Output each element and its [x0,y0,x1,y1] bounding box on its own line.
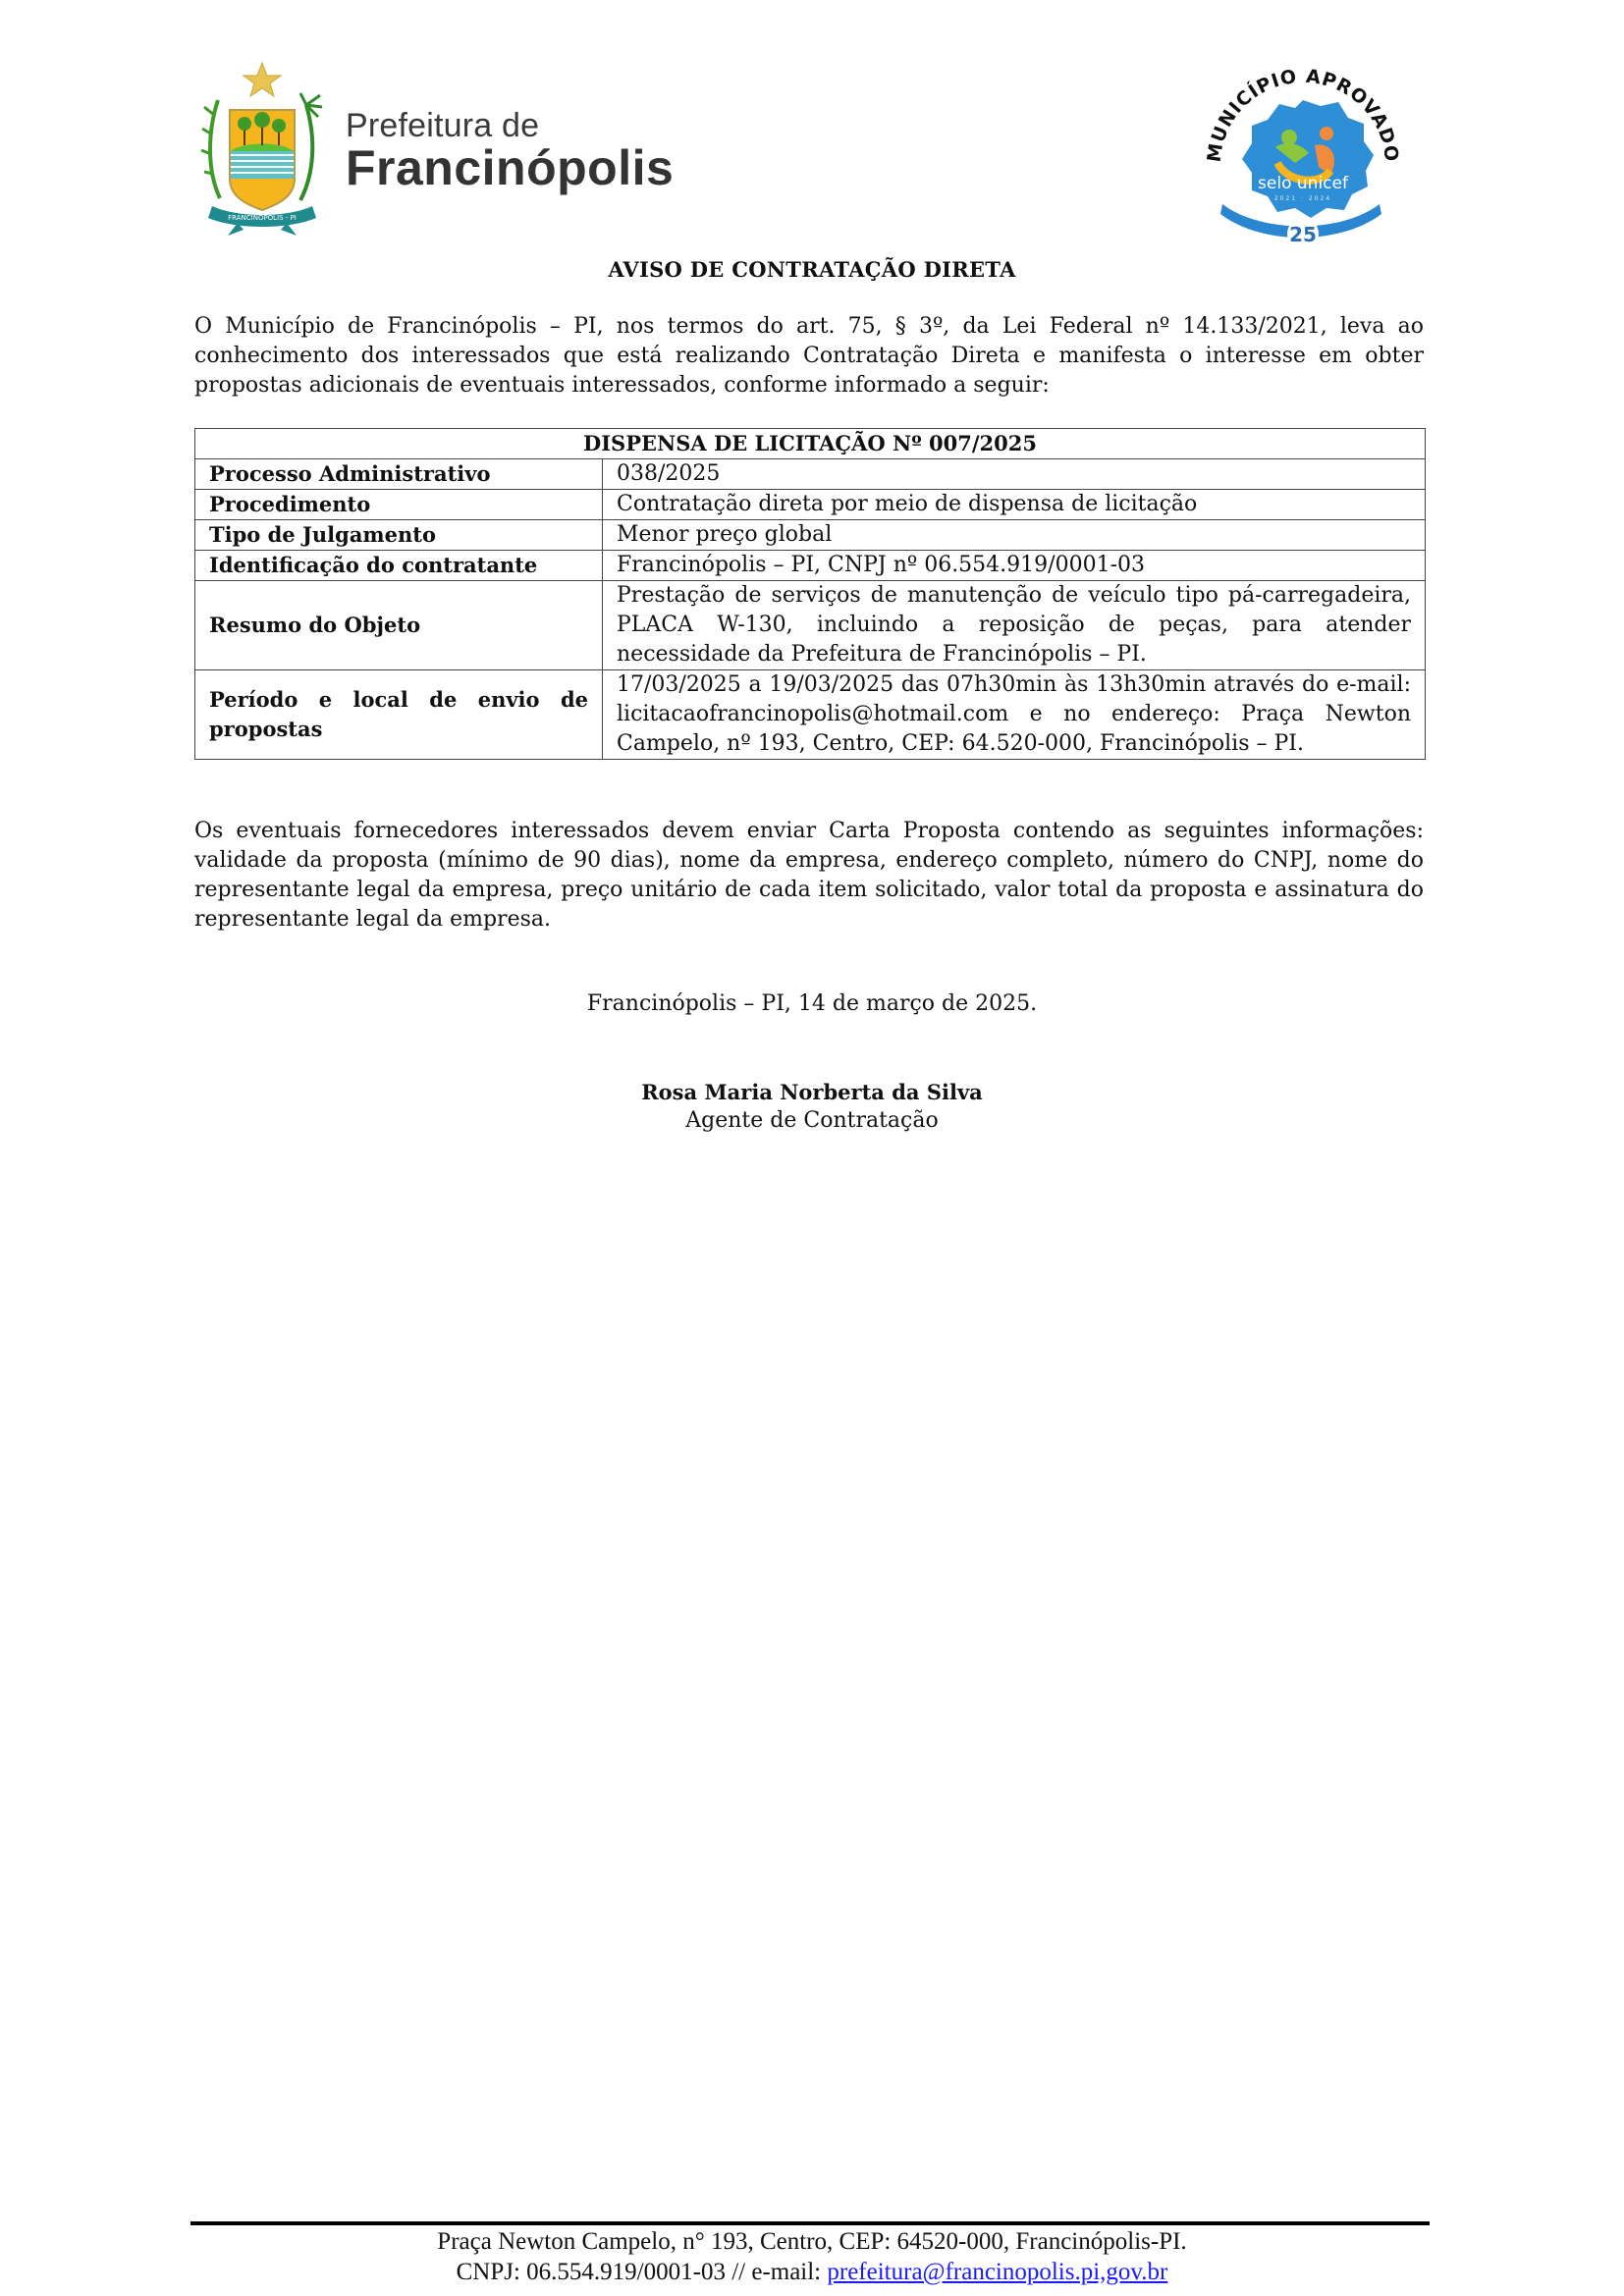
table-row: Processo Administrativo 038/2025 [195,459,1426,490]
row-label: Período e local de envio de propostas [195,670,603,760]
svg-text:FRANCINÓPOLIS - PI: FRANCINÓPOLIS - PI [228,213,297,222]
row-label: Resumo do Objeto [195,581,603,670]
dispensa-details-table: DISPENSA DE LICITAÇÃO Nº 007/2025 Proces… [194,428,1426,760]
table-heading: DISPENSA DE LICITAÇÃO Nº 007/2025 [195,429,1426,459]
row-label: Procedimento [195,490,603,520]
coat-of-arms-icon: FRANCINÓPOLIS - PI [198,61,326,238]
unicef-seal-icon: MUNICÍPIO APROVADO selo unicef 2021 · 20… [1193,69,1409,250]
table-row: Resumo do Objeto Prestação de serviços d… [195,581,1426,670]
brand-city-name: Francinópolis [346,143,674,192]
footer-divider [190,2221,1430,2225]
row-value: 17/03/2025 a 19/03/2025 das 07h30min às … [603,670,1426,760]
footer-email-link[interactable]: prefeitura@francinopolis.pi,gov.br [827,2259,1167,2285]
table-row: Procedimento Contratação direta por meio… [195,490,1426,520]
table-row: Identificação do contratante Francinópol… [195,551,1426,581]
brand-wordmark: Prefeitura de Francinópolis [346,108,674,192]
signer-name: Rosa Maria Norberta da Silva [0,1080,1624,1104]
signer-role: Agente de Contratação [0,1108,1624,1133]
row-value: Menor preço global [603,520,1426,551]
row-value: 038/2025 [603,459,1426,490]
svg-text:selo unicef: selo unicef [1258,174,1349,193]
row-label: Tipo de Julgamento [195,520,603,551]
row-label: Processo Administrativo [195,459,603,490]
footer-contact: CNPJ: 06.554.919/0001-03 // e-mail: pref… [0,2257,1624,2287]
svg-text:25: 25 [1289,223,1317,246]
table-row: Período e local de envio de propostas 17… [195,670,1426,760]
intro-paragraph: O Município de Francinópolis – PI, nos t… [194,312,1424,400]
prefeitura-logo: FRANCINÓPOLIS - PI Prefeitura de Francin… [198,61,689,238]
footer: Praça Newton Campelo, n° 193, Centro, CE… [0,2226,1624,2287]
svg-text:2021 · 2024: 2021 · 2024 [1274,195,1331,202]
table-row: Tipo de Julgamento Menor preço global [195,520,1426,551]
document-title: AVISO DE CONTRATAÇÃO DIRETA [0,257,1624,282]
requirements-paragraph: Os eventuais fornecedores interessados d… [194,817,1424,934]
place-date: Francinópolis – PI, 14 de março de 2025. [0,991,1624,1016]
document-page: FRANCINÓPOLIS - PI Prefeitura de Francin… [0,0,1624,2296]
row-value: Contratação direta por meio de dispensa … [603,490,1426,520]
row-label: Identificação do contratante [195,551,603,581]
footer-cnpj: CNPJ: 06.554.919/0001-03 // e-mail: [457,2259,828,2285]
footer-address: Praça Newton Campelo, n° 193, Centro, CE… [0,2226,1624,2257]
row-value: Francinópolis – PI, CNPJ nº 06.554.919/0… [603,551,1426,581]
row-value: Prestação de serviços de manutenção de v… [603,581,1426,670]
table-header-row: DISPENSA DE LICITAÇÃO Nº 007/2025 [195,429,1426,459]
brand-prefix: Prefeitura de [346,108,674,143]
